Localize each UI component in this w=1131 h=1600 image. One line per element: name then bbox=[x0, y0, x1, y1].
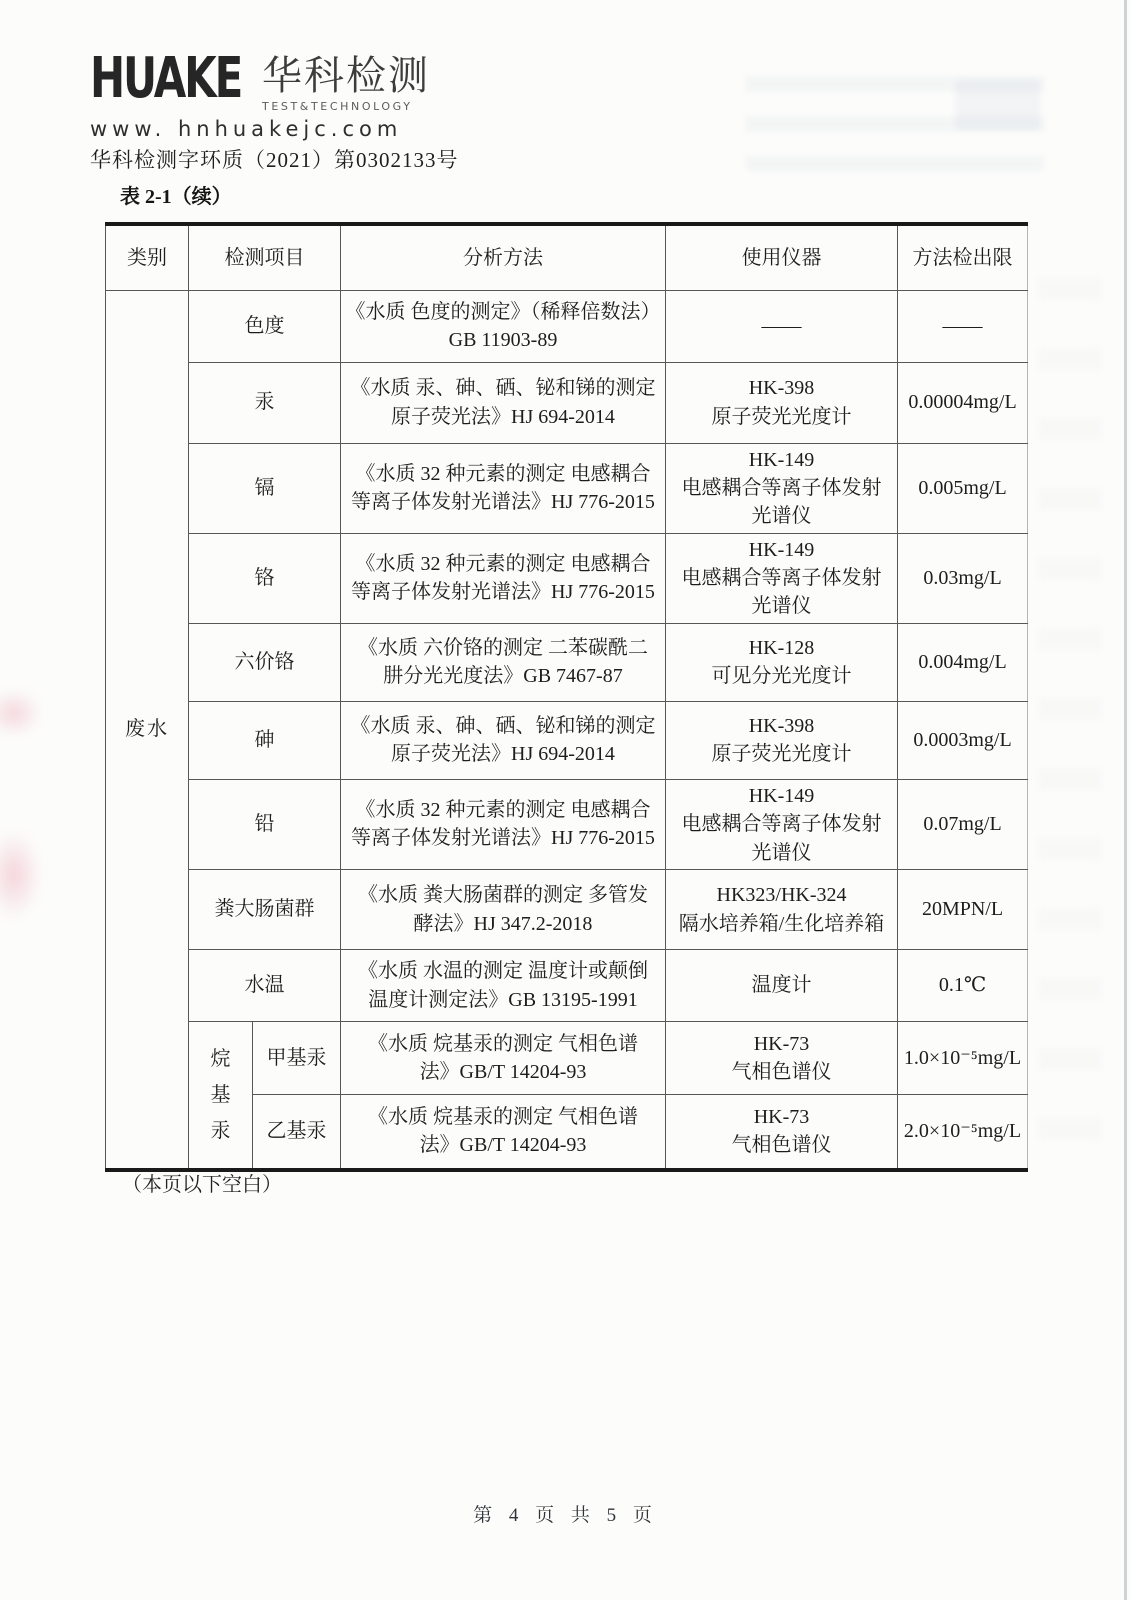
logo-chinese-name: 华科检测 bbox=[262, 53, 430, 99]
detection-limit-cell: 0.0003mg/L bbox=[898, 701, 1028, 779]
table-body: 废水色度《水质 色度的测定》（稀释倍数法） GB 11903-89————汞《水… bbox=[106, 290, 1028, 1170]
analysis-method-cell: 《水质 32 种元素的测定 电感耦合 等离子体发射光谱法》HJ 776-2015 bbox=[341, 779, 666, 869]
instrument-cell: HK-149 电感耦合等离子体发射 光谱仪 bbox=[666, 779, 898, 869]
test-item-cell: 铅 bbox=[189, 779, 341, 869]
test-item-cell: 色度 bbox=[189, 290, 341, 362]
analysis-method-cell: 《水质 32 种元素的测定 电感耦合 等离子体发射光谱法》HJ 776-2015 bbox=[341, 533, 666, 623]
detection-limit-cell: 1.0×10⁻⁵mg/L bbox=[898, 1022, 1028, 1095]
end-of-page-note: （本页以下空白） bbox=[122, 1168, 282, 1197]
table-row: 铬《水质 32 种元素的测定 电感耦合 等离子体发射光谱法》HJ 776-201… bbox=[106, 533, 1028, 623]
detection-limit-cell: 2.0×10⁻⁵mg/L bbox=[898, 1095, 1028, 1170]
table-row: 镉《水质 32 种元素的测定 电感耦合 等离子体发射光谱法》HJ 776-201… bbox=[106, 443, 1028, 533]
table-row: 铅《水质 32 种元素的测定 电感耦合 等离子体发射光谱法》HJ 776-201… bbox=[106, 779, 1028, 869]
test-item-cell: 铬 bbox=[189, 533, 341, 623]
website-text: www. hnhuakejc.com bbox=[90, 117, 430, 141]
page-edge-shadow bbox=[1124, 0, 1127, 1600]
detection-limit-cell: 0.004mg/L bbox=[898, 623, 1028, 701]
instrument-cell: HK-398 原子荧光光度计 bbox=[666, 362, 898, 443]
column-header-instrument: 使用仪器 bbox=[666, 224, 898, 290]
column-header-category: 类别 bbox=[106, 224, 189, 290]
instrument-cell: HK-398 原子荧光光度计 bbox=[666, 701, 898, 779]
column-header-method: 分析方法 bbox=[341, 224, 666, 290]
instrument-cell: 温度计 bbox=[666, 950, 898, 1022]
instrument-cell: HK-149 电感耦合等离子体发射 光谱仪 bbox=[666, 533, 898, 623]
huake-logo: HUAKE bbox=[90, 52, 241, 105]
analysis-method-cell: 《水质 汞、砷、硒、铋和锑的测定 原子荧光法》HJ 694-2014 bbox=[341, 701, 666, 779]
document-number: 华科检测字环质（2021）第0302133号 bbox=[90, 144, 459, 174]
test-item-cell: 粪大肠菌群 bbox=[189, 870, 341, 950]
instrument-cell: HK323/HK-324 隔水培养箱/生化培养箱 bbox=[666, 870, 898, 950]
analysis-method-cell: 《水质 水温的测定 温度计或颠倒 温度计测定法》GB 13195-1991 bbox=[341, 950, 666, 1022]
detection-limit-cell: —— bbox=[898, 290, 1028, 362]
instrument-cell: —— bbox=[666, 290, 898, 362]
test-item-cell: 六价铬 bbox=[189, 623, 341, 701]
alkyl-mercury-group-cell: 烷 基 汞 bbox=[189, 1022, 253, 1170]
instrument-cell: HK-73 气相色谱仪 bbox=[666, 1022, 898, 1095]
test-item-cell: 乙基汞 bbox=[253, 1095, 341, 1170]
instrument-cell: HK-128 可见分光光度计 bbox=[666, 623, 898, 701]
test-item-cell: 镉 bbox=[189, 443, 341, 533]
category-cell: 废水 bbox=[106, 290, 189, 1170]
table-row: 砷《水质 汞、砷、硒、铋和锑的测定 原子荧光法》HJ 694-2014HK-39… bbox=[106, 701, 1028, 779]
column-header-limit: 方法检出限 bbox=[898, 224, 1028, 290]
test-item-cell: 砷 bbox=[189, 701, 341, 779]
instrument-cell: HK-149 电感耦合等离子体发射 光谱仪 bbox=[666, 443, 898, 533]
analysis-method-cell: 《水质 烷基汞的测定 气相色谱 法》GB/T 14204-93 bbox=[341, 1022, 666, 1095]
header-row: 类别 检测项目 分析方法 使用仪器 方法检出限 bbox=[106, 224, 1028, 290]
detection-limit-cell: 0.00004mg/L bbox=[898, 362, 1028, 443]
detection-limit-cell: 20MPN/L bbox=[898, 870, 1028, 950]
bleedthrough-artifact bbox=[1038, 240, 1102, 1140]
test-item-cell: 汞 bbox=[189, 362, 341, 443]
table-row: 水温《水质 水温的测定 温度计或颠倒 温度计测定法》GB 13195-1991温… bbox=[106, 950, 1028, 1022]
bleedthrough-artifact bbox=[745, 62, 1045, 172]
test-methods-table: 类别 检测项目 分析方法 使用仪器 方法检出限 废水色度《水质 色度的测定》（稀… bbox=[105, 222, 1028, 1172]
analysis-method-cell: 《水质 汞、砷、硒、铋和锑的测定 原子荧光法》HJ 694-2014 bbox=[341, 362, 666, 443]
analysis-method-cell: 《水质 粪大肠菌群的测定 多管发 酵法》HJ 347.2-2018 bbox=[341, 870, 666, 950]
column-header-item: 检测项目 bbox=[189, 224, 341, 290]
analysis-method-cell: 《水质 色度的测定》（稀释倍数法） GB 11903-89 bbox=[341, 290, 666, 362]
stamp-bleed-artifact bbox=[0, 690, 41, 736]
scanned-report-page: HUAKE 华科检测 TEST&TECHNOLOGY www. hnhuakej… bbox=[0, 0, 1131, 1600]
test-item-cell: 水温 bbox=[189, 950, 341, 1022]
page-number-footer: 第 4 页 共 5 页 bbox=[0, 1500, 1131, 1527]
detection-limit-cell: 0.07mg/L bbox=[898, 779, 1028, 869]
analysis-method-cell: 《水质 32 种元素的测定 电感耦合 等离子体发射光谱法》HJ 776-2015 bbox=[341, 443, 666, 533]
table-caption: 表 2-1（续） bbox=[120, 180, 232, 209]
analysis-method-cell: 《水质 烷基汞的测定 气相色谱 法》GB/T 14204-93 bbox=[341, 1095, 666, 1170]
instrument-cell: HK-73 气相色谱仪 bbox=[666, 1095, 898, 1170]
logo-tagline: TEST&TECHNOLOGY bbox=[262, 100, 430, 113]
detection-limit-cell: 0.1℃ bbox=[898, 950, 1028, 1022]
table-row: 六价铬《水质 六价铬的测定 二苯碳酰二 肼分光光度法》GB 7467-87HK-… bbox=[106, 623, 1028, 701]
table-row: 汞《水质 汞、砷、硒、铋和锑的测定 原子荧光法》HJ 694-2014HK-39… bbox=[106, 362, 1028, 443]
stamp-bleed-artifact bbox=[0, 830, 41, 920]
test-item-cell: 甲基汞 bbox=[253, 1022, 341, 1095]
detection-limit-cell: 0.03mg/L bbox=[898, 533, 1028, 623]
table-row: 烷 基 汞甲基汞《水质 烷基汞的测定 气相色谱 法》GB/T 14204-93H… bbox=[106, 1022, 1028, 1095]
detection-limit-cell: 0.005mg/L bbox=[898, 443, 1028, 533]
analysis-method-cell: 《水质 六价铬的测定 二苯碳酰二 肼分光光度法》GB 7467-87 bbox=[341, 623, 666, 701]
table-row: 粪大肠菌群《水质 粪大肠菌群的测定 多管发 酵法》HJ 347.2-2018HK… bbox=[106, 870, 1028, 950]
table-row: 废水色度《水质 色度的测定》（稀释倍数法） GB 11903-89———— bbox=[106, 290, 1028, 362]
brand-header: HUAKE 华科检测 TEST&TECHNOLOGY www. hnhuakej… bbox=[90, 52, 430, 141]
